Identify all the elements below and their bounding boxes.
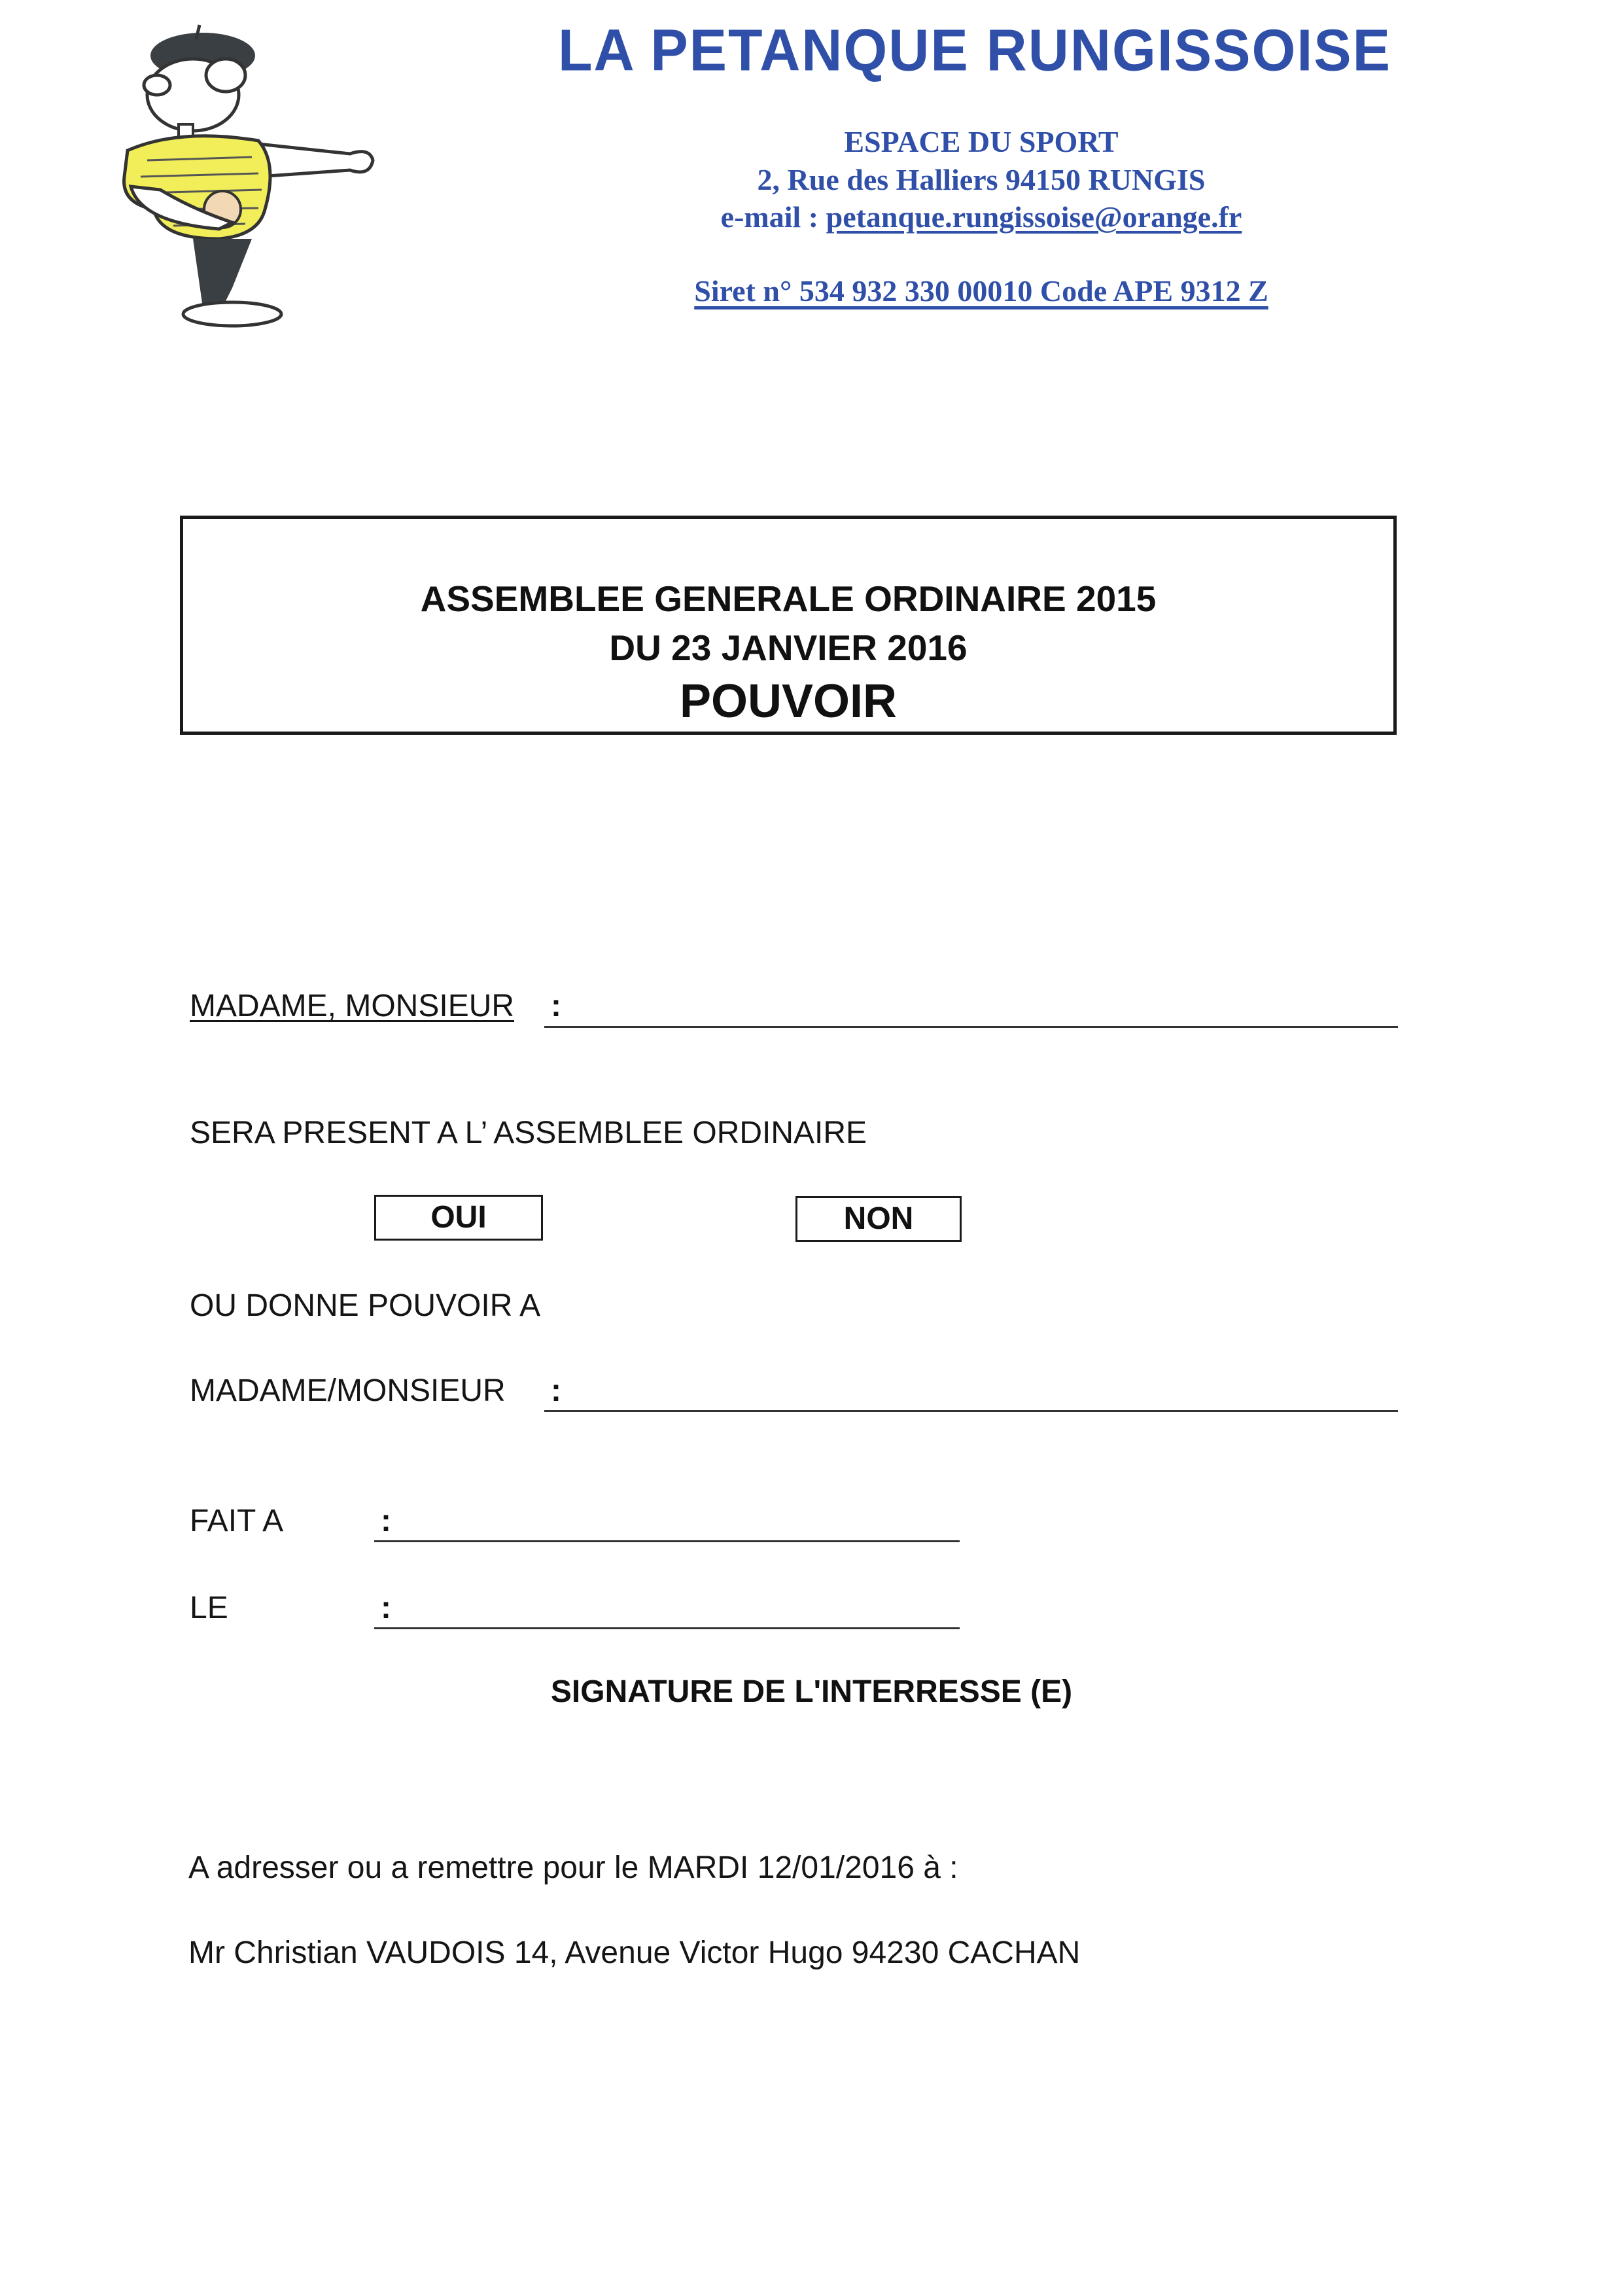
proxy-label: MADAME/MONSIEUR: [190, 1373, 506, 1409]
title-box: ASSEMBLEE GENERALE ORDINAIRE 2015 DU 23 …: [180, 516, 1397, 735]
venue-name: ESPACE DU SPORT: [589, 124, 1374, 159]
place-field[interactable]: [374, 1540, 960, 1542]
club-name: LA PETANQUE RUNGISSOISE: [419, 17, 1531, 85]
proxy-name-field[interactable]: [544, 1410, 1398, 1412]
proxy-intro: OU DONNE POUVOIR A: [190, 1288, 540, 1324]
member-colon: :: [551, 988, 561, 1024]
siret-info: Siret n° 534 932 330 00010 Code APE 9312…: [589, 274, 1374, 308]
yes-checkbox[interactable]: OUI: [374, 1195, 543, 1241]
member-name-field[interactable]: [544, 1026, 1398, 1028]
meeting-date: DU 23 JANVIER 2016: [183, 627, 1393, 669]
document-title: POUVOIR: [183, 675, 1393, 728]
deadline-note: A adresser ou a remettre pour le MARDI 1…: [188, 1850, 958, 1886]
petanque-player-mascot-icon: [62, 13, 389, 334]
email-line: e-mail : petanque.rungissoise@orange.fr: [589, 200, 1374, 234]
date-colon: :: [381, 1590, 391, 1626]
place-colon: :: [381, 1503, 391, 1539]
proxy-colon: :: [551, 1373, 561, 1409]
street-address: 2, Rue des Halliers 94150 RUNGIS: [589, 162, 1374, 197]
recipient-address: Mr Christian VAUDOIS 14, Avenue Victor H…: [188, 1935, 1080, 1971]
attendance-label: SERA PRESENT A L’ ASSEMBLEE ORDINAIRE: [190, 1115, 867, 1151]
signature-label: SIGNATURE DE L'INTERRESSE (E): [0, 1674, 1623, 1710]
member-label: MADAME, MONSIEUR: [190, 988, 514, 1024]
no-checkbox[interactable]: NON: [795, 1196, 962, 1242]
meeting-title: ASSEMBLEE GENERALE ORDINAIRE 2015: [183, 578, 1393, 620]
date-field[interactable]: [374, 1627, 960, 1629]
email-label: e-mail :: [721, 200, 826, 234]
email-link[interactable]: petanque.rungissoise@orange.fr: [826, 200, 1242, 234]
place-label: FAIT A: [190, 1503, 283, 1539]
date-label: LE: [190, 1590, 228, 1626]
